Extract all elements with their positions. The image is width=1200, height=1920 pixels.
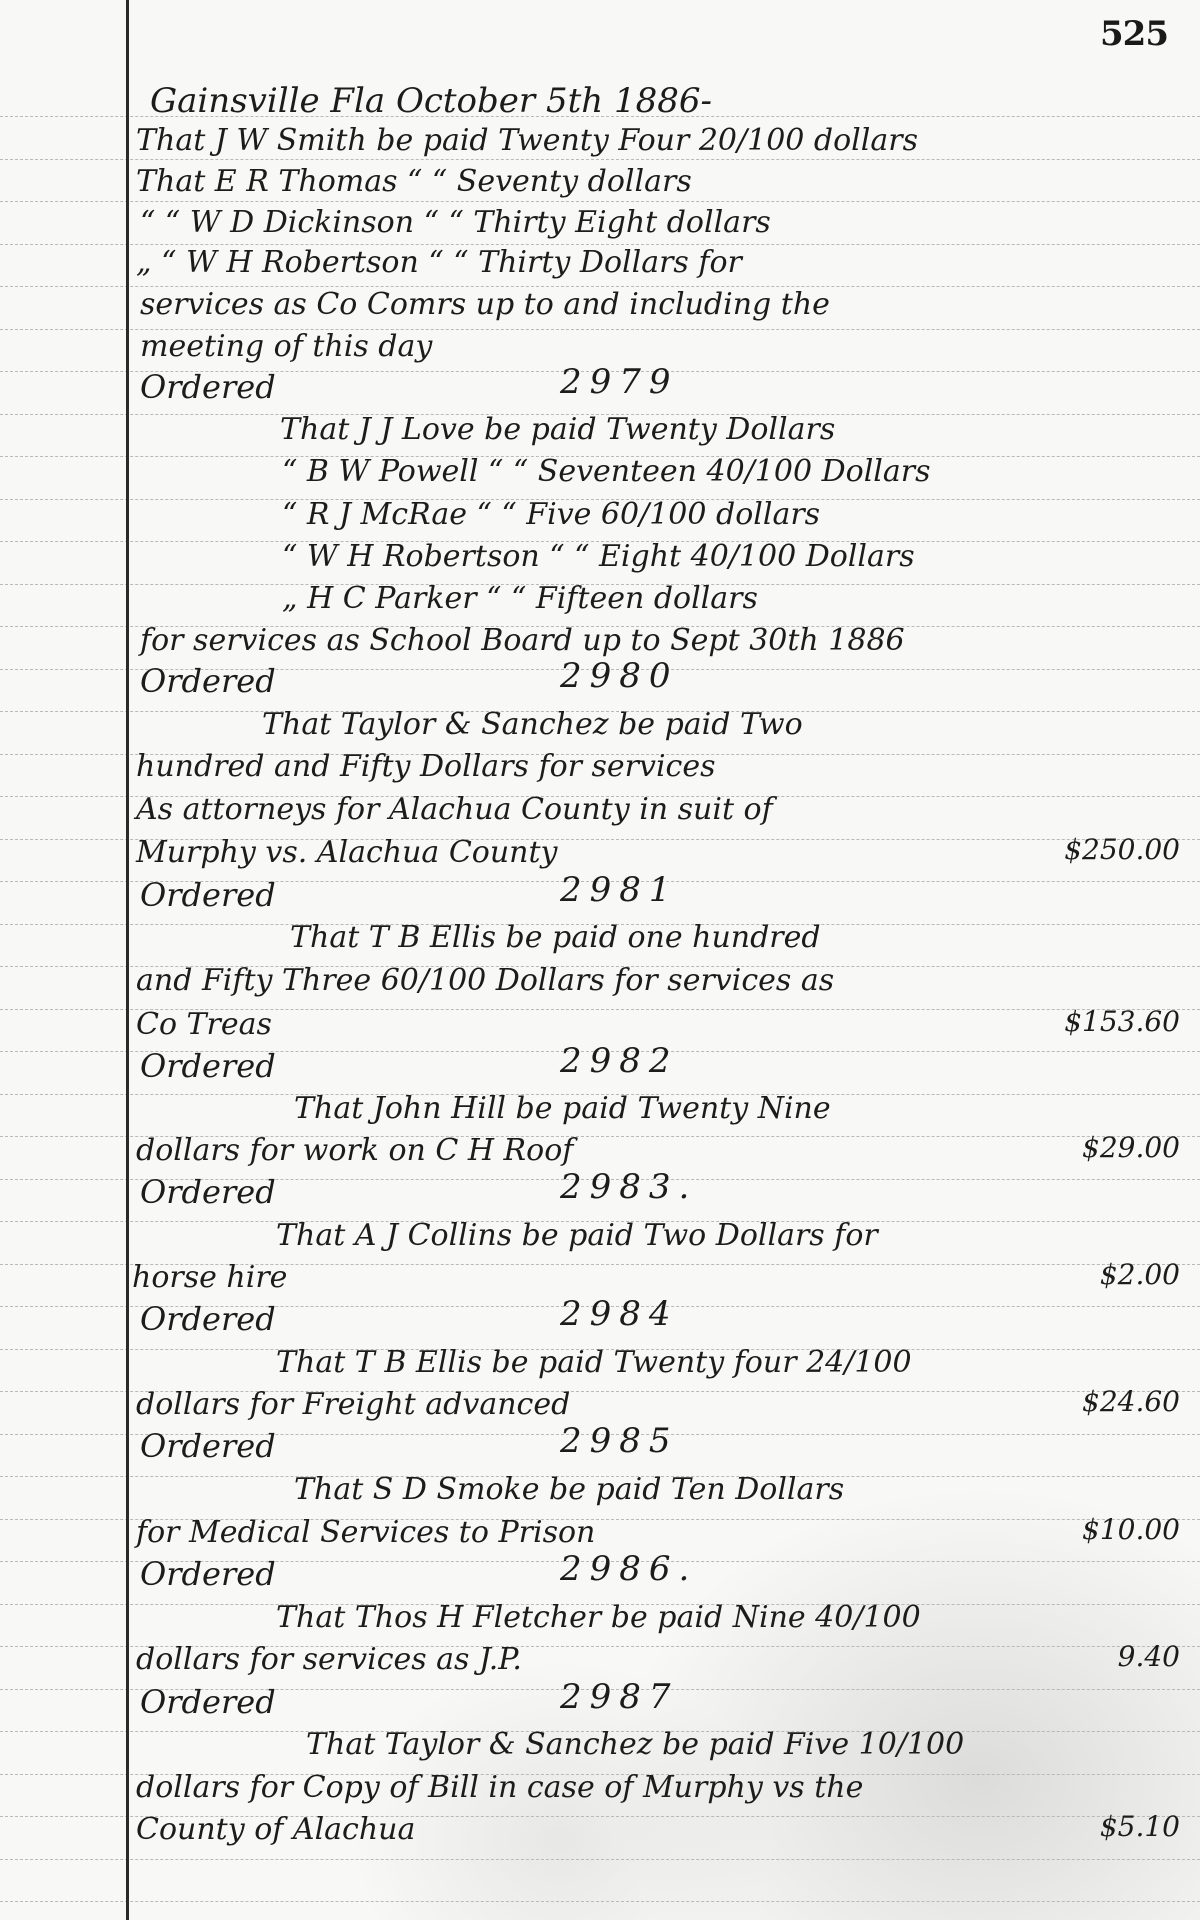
- entry-line: That Taylor & Sanchez be paid Two: [262, 710, 803, 740]
- ordered-label: Ordered: [140, 879, 276, 911]
- ordered-label: Ordered: [140, 1050, 276, 1082]
- entry-line: That E R Thomas “ “ Seventy dollars: [136, 167, 692, 197]
- entry-line: “ R J McRae “ “ Five 60/100 dollars: [282, 500, 820, 530]
- entry-line: dollars for Copy of Bill in case of Murp…: [136, 1773, 863, 1803]
- entry-line: “ “ W D Dickinson “ “ Thirty Eight dolla…: [140, 208, 771, 238]
- amount-value: $29.00: [1082, 1134, 1180, 1162]
- entry-line: Co Treas: [136, 1010, 272, 1040]
- amount-value: $250.00: [1064, 836, 1180, 864]
- order-number: 2987: [560, 1680, 679, 1714]
- entry-line: That T B Ellis be paid Twenty four 24/10…: [276, 1348, 912, 1378]
- page-number: 525: [1100, 14, 1168, 54]
- rule-line: [0, 1901, 1200, 1902]
- entry-line: That Thos H Fletcher be paid Nine 40/100: [276, 1603, 921, 1633]
- amount-value: $153.60: [1064, 1008, 1180, 1036]
- order-number: 2980: [560, 659, 679, 693]
- entry-line: That Taylor & Sanchez be paid Five 10/10…: [306, 1730, 964, 1760]
- entry-line: and Fifty Three 60/100 Dollars for servi…: [136, 966, 834, 996]
- ordered-label: Ordered: [140, 371, 276, 403]
- entry-line: services as Co Comrs up to and including…: [140, 290, 830, 320]
- entry-line: for services as School Board up to Sept …: [140, 626, 905, 656]
- amount-value: $24.60: [1082, 1388, 1180, 1416]
- entry-line: hundred and Fifty Dollars for services: [136, 752, 716, 782]
- entry-line: „ H C Parker “ “ Fifteen dollars: [282, 584, 758, 614]
- entry-line: dollars for Freight advanced: [136, 1390, 570, 1420]
- order-number: 2979: [560, 365, 679, 399]
- amount-value: $5.10: [1100, 1813, 1180, 1841]
- rule-line: [0, 1859, 1200, 1860]
- entry-line: horse hire: [132, 1263, 287, 1293]
- entry-line: As attorneys for Alachua County in suit …: [136, 795, 773, 825]
- ordered-label: Ordered: [140, 1303, 276, 1335]
- page-heading: Gainsville Fla October 5th 1886-: [150, 84, 712, 118]
- entry-line: Murphy vs. Alachua County: [136, 838, 557, 868]
- entry-line: dollars for work on C H Roof: [136, 1136, 573, 1166]
- ordered-label: Ordered: [140, 1558, 276, 1590]
- entry-line: dollars for services as J.P.: [136, 1645, 522, 1675]
- ordered-label: Ordered: [140, 1686, 276, 1718]
- amount-value: 9.40: [1118, 1643, 1180, 1671]
- entry-line: County of Alachua: [136, 1815, 415, 1845]
- order-number: 2984: [560, 1297, 679, 1331]
- order-number: 2983.: [560, 1170, 697, 1204]
- entry-line: That A J Collins be paid Two Dollars for: [276, 1221, 878, 1251]
- amount-value: $10.00: [1082, 1516, 1180, 1544]
- order-number: 2981: [560, 873, 679, 907]
- margin-rule: [126, 0, 129, 1920]
- entry-line: “ B W Powell “ “ Seventeen 40/100 Dollar…: [282, 457, 931, 487]
- order-number: 2982: [560, 1044, 679, 1078]
- rule-line: [0, 159, 1200, 160]
- ledger-page: 525 Gainsville Fla October 5th 1886- Tha…: [0, 0, 1200, 1920]
- entry-line: That John Hill be paid Twenty Nine: [294, 1094, 831, 1124]
- order-number: 2985: [560, 1424, 679, 1458]
- entry-line: That J W Smith be paid Twenty Four 20/10…: [136, 126, 918, 156]
- order-number: 2986.: [560, 1552, 697, 1586]
- ordered-label: Ordered: [140, 1430, 276, 1462]
- ordered-label: Ordered: [140, 665, 276, 697]
- amount-value: $2.00: [1100, 1261, 1180, 1289]
- ordered-label: Ordered: [140, 1176, 276, 1208]
- entry-line: That J J Love be paid Twenty Dollars: [280, 415, 835, 445]
- entry-line: “ W H Robertson “ “ Eight 40/100 Dollars: [282, 542, 915, 572]
- rule-line: [0, 201, 1200, 202]
- entry-line: „ “ W H Robertson “ “ Thirty Dollars for: [136, 248, 742, 278]
- entry-line: meeting of this day: [140, 332, 432, 362]
- entry-line: That S D Smoke be paid Ten Dollars: [294, 1475, 844, 1505]
- entry-line: That T B Ellis be paid one hundred: [290, 923, 821, 953]
- entry-line: for Medical Services to Prison: [136, 1518, 595, 1548]
